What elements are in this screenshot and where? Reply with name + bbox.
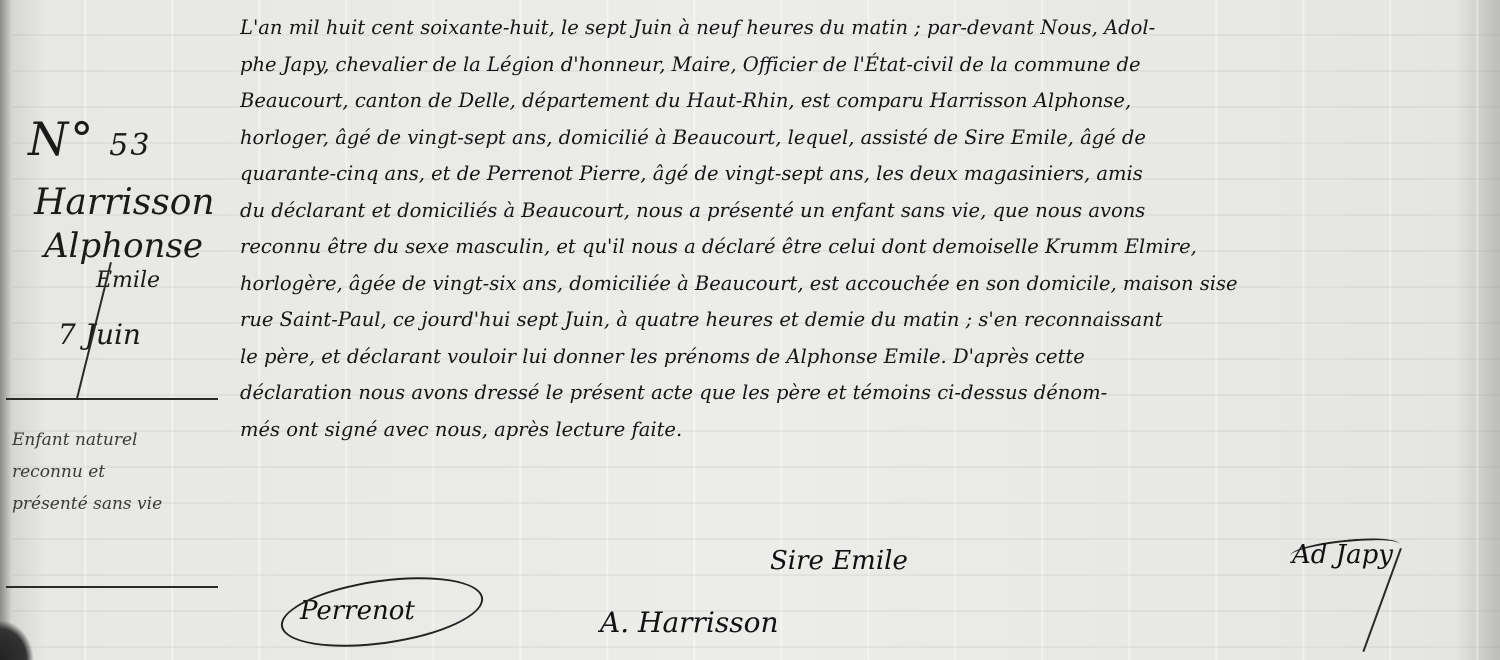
margin-surname: Harrisson <box>34 182 215 223</box>
registry-page: N°53 Harrisson Alphonse Emile 7 Juin Enf… <box>0 0 1500 660</box>
body-line: quarante-cinq ans, et de Perrenot Pierre… <box>240 156 1490 193</box>
margin-note: Enfant naturel reconnu et présenté sans … <box>12 424 217 520</box>
body-line: horloger, âgé de vingt-sept ans, domicil… <box>240 120 1490 157</box>
body-line: déclaration nous avons dressé le présent… <box>240 375 1490 412</box>
acte-body: L'an mil huit cent soixante-huit, le sep… <box>240 10 1490 448</box>
margin-rule-bottom <box>6 586 218 588</box>
acte-number-label: N° <box>28 112 95 166</box>
margin-column: N°53 Harrisson Alphonse Emile 7 Juin Enf… <box>0 0 225 660</box>
body-line: du déclarant et domiciliés à Beaucourt, … <box>240 193 1490 230</box>
body-line: L'an mil huit cent soixante-huit, le sep… <box>240 10 1490 47</box>
body-line: més ont signé avec nous, après lecture f… <box>240 412 1490 449</box>
body-line: Beaucourt, canton de Delle, département … <box>240 83 1490 120</box>
acte-number: N°53 <box>28 112 151 166</box>
body-line: phe Japy, chevalier de la Légion d'honne… <box>240 47 1490 84</box>
margin-date: 7 Juin <box>58 318 141 351</box>
margin-note-line: Enfant naturel <box>12 424 217 456</box>
margin-first-name-1: Alphonse <box>44 226 203 266</box>
signature-sire-emile: Sire Emile <box>770 546 908 576</box>
margin-note-line: reconnu et <box>12 456 217 488</box>
margin-rule-top <box>6 398 218 400</box>
ink-blot <box>0 620 34 660</box>
signature-perrenot: Perrenot <box>300 596 415 626</box>
margin-note-line: présenté sans vie <box>12 488 217 520</box>
signature-mayor-japy: Ad Japy <box>1292 540 1393 570</box>
body-line: horlogère, âgée de vingt-six ans, domici… <box>240 266 1490 303</box>
body-line: rue Saint-Paul, ce jourd'hui sept Juin, … <box>240 302 1490 339</box>
body-line: le père, et déclarant vouloir lui donner… <box>240 339 1490 376</box>
body-line: reconnu être du sexe masculin, et qu'il … <box>240 229 1490 266</box>
signature-harrisson: A. Harrisson <box>600 606 779 639</box>
acte-number-value: 53 <box>109 128 151 163</box>
